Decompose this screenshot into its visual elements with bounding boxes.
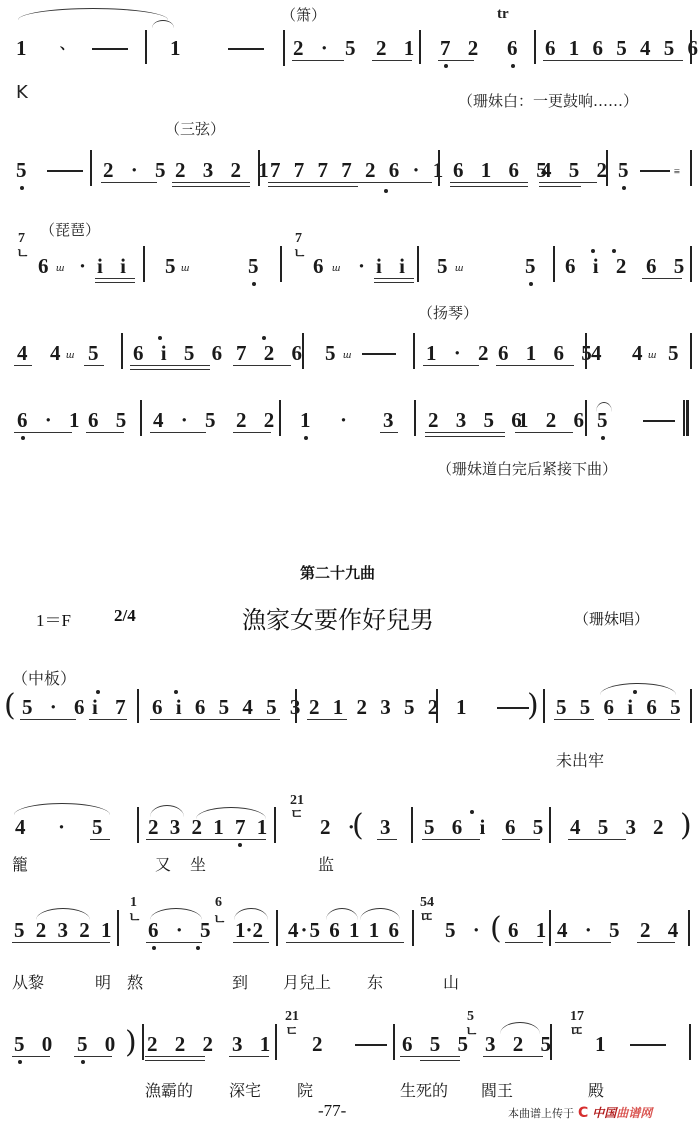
barline — [280, 246, 282, 282]
song-title: 漁家女要作好兒男 — [242, 600, 434, 635]
beam-line — [496, 365, 574, 366]
beam-line — [374, 278, 414, 279]
barline — [393, 1024, 395, 1060]
page-number: -77- — [318, 1101, 346, 1121]
sustain-dash — [497, 707, 529, 709]
beam-line — [608, 719, 680, 720]
score-row-2: 5 2 · 5 2 3 2 1 7 7 7 7 2 6 · 1 6 1 6 5 … — [0, 158, 700, 198]
note-group: 2 · 5 — [293, 36, 362, 60]
lyric: 生死的 — [400, 1078, 448, 1101]
beam-line — [268, 182, 432, 183]
beam-line — [400, 1056, 460, 1057]
barline — [549, 910, 551, 946]
trill-mark: tr — [497, 6, 509, 23]
barline — [689, 1024, 691, 1060]
note: 2 — [653, 815, 670, 839]
beam-line — [555, 942, 611, 943]
note-group: 7 2 6 — [236, 341, 308, 365]
tempo-marking: （中板） — [12, 666, 76, 689]
note-group: 4 · 5 — [557, 918, 626, 942]
barline — [690, 150, 692, 186]
tremolo-mark: ≡ — [673, 166, 680, 178]
lyric: 东 — [367, 970, 383, 993]
tremolo-mark: ш — [56, 262, 64, 274]
note: 6 — [507, 36, 524, 60]
grace-hook-icon: ㄴ — [128, 912, 142, 926]
barline — [275, 1024, 277, 1060]
barline — [140, 400, 142, 436]
grace-hook-icon: ㄸ — [570, 1026, 584, 1040]
beam-line — [374, 282, 414, 283]
low-octave-dot — [152, 946, 156, 950]
low-octave-dot — [384, 189, 388, 193]
note: 5 — [165, 254, 182, 278]
barline — [553, 246, 555, 282]
note: 1 — [16, 36, 33, 60]
site-logo-icon: C — [578, 1105, 588, 1121]
note-group: 6 1 6 5 — [498, 341, 598, 365]
beam-line — [637, 942, 675, 943]
barline — [143, 246, 145, 282]
barline — [419, 30, 421, 64]
note-group: 5 0 — [14, 1032, 58, 1056]
barline — [690, 30, 692, 64]
low-octave-dot — [21, 436, 25, 440]
barline — [145, 30, 147, 64]
note: 1 — [170, 36, 187, 60]
barline — [543, 689, 545, 723]
lyric: 漁霸的 — [145, 1078, 193, 1101]
lyric: 院 — [297, 1078, 313, 1101]
beam-line — [420, 1060, 460, 1061]
note-group: 5 5 6 i 6 5 — [556, 695, 685, 719]
low-octave-dot — [444, 64, 448, 68]
note-group: 6 5 — [646, 254, 690, 278]
tremolo-mark: ш — [343, 349, 351, 361]
beam-line — [286, 942, 404, 943]
note-group: 4·5 6 1 1 6 — [288, 918, 401, 942]
dot-extension: · — [358, 254, 371, 278]
note-group: 1 · 2 — [426, 341, 495, 365]
lyric: 深宅 — [229, 1078, 261, 1101]
barline — [411, 807, 413, 843]
low-octave-dot — [601, 436, 605, 440]
barline — [90, 150, 92, 186]
open-paren: ( — [4, 691, 16, 721]
note-mark: 、 — [60, 34, 80, 58]
note-group: 1·2 — [235, 918, 263, 942]
beam-line — [568, 839, 626, 840]
beam-line — [380, 432, 398, 433]
lyric: 从黎 — [12, 970, 44, 993]
grace-note: 5 — [467, 1010, 474, 1024]
beam-line — [307, 719, 347, 720]
note-group: 7 7 7 7 2 6 · 1 — [270, 158, 447, 182]
lyric: 监 — [318, 852, 334, 875]
barline — [142, 1024, 144, 1060]
note-group: 6 · 1 — [17, 408, 86, 432]
song-row-1: ( 5 · 6 i 7 6 i 6 5 4 5 3 2 1 2 3 5 2 1 … — [0, 695, 700, 735]
beam-line — [502, 839, 540, 840]
note-group: 6 5 — [505, 815, 549, 839]
note: 4 — [15, 815, 32, 839]
note: 5 — [597, 408, 614, 432]
beam-line — [86, 432, 124, 433]
barline — [413, 333, 415, 369]
beam-line — [425, 436, 505, 437]
grace-hook-icon: ㄴ — [213, 914, 227, 928]
high-octave-dot — [174, 690, 178, 694]
dot-extension: · — [79, 254, 92, 278]
beam-line — [95, 278, 135, 279]
dot-extension: · — [58, 815, 71, 839]
open-paren: ( — [490, 914, 502, 944]
tremolo-mark: ш — [66, 349, 74, 361]
grace-note: 17 — [570, 1010, 584, 1024]
sustain-dash — [362, 353, 396, 355]
close-paren: ) — [125, 1028, 137, 1058]
beam-line — [95, 282, 135, 283]
note: 6 — [38, 254, 55, 278]
tie-arc — [152, 20, 174, 28]
barline — [121, 333, 123, 369]
score-row-3: 7 ㄴ 6 ш · i i 5 ш 5 7 ㄴ 6 ш · i i 5 ш 5 … — [0, 254, 700, 294]
beam-line — [150, 432, 206, 433]
sustain-dash — [630, 1044, 666, 1046]
key-signature: 1＝F — [36, 606, 71, 631]
tremolo-mark: ш — [455, 262, 463, 274]
note: 4 — [632, 341, 649, 365]
watermark-prefix: 本曲谱上传于 — [508, 1105, 574, 1121]
sustain-dash — [47, 170, 83, 172]
barline — [117, 910, 119, 946]
instrument-label-yangqin: （扬琴） — [418, 302, 478, 323]
performance-note: （珊妹道白完后紧接下曲） — [437, 458, 617, 479]
lyric: 殿 — [588, 1078, 604, 1101]
beam-line — [12, 942, 110, 943]
note-group: 6 i 2 — [565, 254, 632, 278]
tremolo-mark: ш — [181, 262, 189, 274]
sustain-dash — [640, 170, 670, 172]
beam-line — [89, 719, 127, 720]
instrument-label-xiao: （箫） — [281, 4, 326, 25]
high-octave-dot — [158, 336, 162, 340]
beam-line — [172, 186, 250, 187]
low-octave-dot — [304, 436, 308, 440]
tie-arc — [18, 8, 168, 20]
sustain-dash — [92, 48, 128, 50]
barline — [549, 807, 551, 843]
lyric: 籠 — [12, 852, 28, 875]
barline — [690, 246, 692, 282]
grace-note: 6 — [215, 896, 222, 910]
tremolo-mark: ш — [648, 349, 656, 361]
note: 6 — [313, 254, 330, 278]
barline — [258, 150, 260, 186]
song-row-2: 4 · 5 2 3 2 1 7 1 21 ㄷ 2 · ( 3 5 6 i 6 5… — [0, 815, 700, 855]
note-group: 6 1 — [508, 918, 552, 942]
lyric: 月兒上 — [283, 970, 331, 993]
score-row-5: 6 · 1 6 5 4 · 5 2 2 1 · 3 2 3 5 6 1 2 6 … — [0, 408, 700, 448]
note-group: 7 2 — [440, 36, 484, 60]
note-group: 3 2 5 — [485, 1032, 557, 1056]
note-group: 6 1 6 5 4 5 6 — [545, 36, 700, 60]
note: 5 — [88, 341, 105, 365]
song-row-3: 5 2 3 2 1 1 ㄴ 6 · 5 6 ㄴ 1·2 4·5 6 1 1 6 … — [0, 918, 700, 958]
low-octave-dot — [252, 282, 256, 286]
barline — [585, 333, 587, 369]
lyric: 坐 — [190, 852, 206, 875]
beam-line — [377, 839, 397, 840]
barline — [276, 910, 278, 946]
note: 4 — [17, 341, 34, 365]
beam-line — [130, 369, 210, 370]
beam-line — [422, 839, 480, 840]
beam-line — [438, 60, 474, 61]
beam-line — [268, 186, 358, 187]
note: 5 — [16, 158, 33, 182]
note-group: 6 1 6 5 — [453, 158, 553, 182]
beam-line — [101, 182, 157, 183]
beam-line — [172, 182, 250, 183]
barline — [585, 400, 587, 436]
beam-line — [233, 365, 291, 366]
grace-hook-icon: ㄸ — [420, 912, 434, 926]
note: 5 — [325, 341, 342, 365]
beam-line — [450, 182, 528, 183]
score-row-1: 1 、 1 2 · 5 2 1 7 2 6 6 1 6 5 4 5 6 — [0, 36, 700, 76]
note-group: 6 · 5 — [148, 918, 217, 942]
lyric: 未出牢 — [556, 748, 604, 771]
time-signature: 2/4 — [114, 606, 136, 626]
grace-hook-icon: ㄴ — [465, 1026, 479, 1040]
marker-k: K — [16, 82, 28, 103]
note: 5 — [248, 254, 265, 278]
high-octave-dot — [633, 690, 637, 694]
beam-line — [483, 1056, 543, 1057]
barline — [417, 246, 419, 282]
watermark: 本曲谱上传于 C 中国 曲谱网 — [508, 1104, 652, 1121]
beam-line — [229, 1056, 269, 1057]
note-group: 5 6 i — [424, 815, 491, 839]
barline — [534, 30, 536, 64]
note-group: i i — [376, 254, 411, 278]
barline — [302, 333, 304, 369]
song-row-4: 5 0 5 0 ) 2 2 2 3 1 21 ㄷ 2 6 5 5 5 ㄴ 3 2… — [0, 1032, 700, 1072]
beam-line — [14, 365, 32, 366]
beam-line — [145, 1060, 205, 1061]
barline — [279, 400, 281, 436]
note: 5 — [92, 815, 109, 839]
sustain-dash — [643, 420, 675, 422]
beam-line — [146, 942, 202, 943]
barline — [295, 689, 297, 723]
grace-note: 54 — [420, 896, 434, 910]
note-group: 2 · 5 — [103, 158, 172, 182]
instrument-label-sanxian: （三弦） — [165, 118, 225, 139]
beam-line — [423, 365, 479, 366]
note-group: 2 4 — [640, 918, 684, 942]
low-octave-dot — [20, 186, 24, 190]
close-paren: ) — [527, 691, 539, 721]
beam-line — [150, 719, 280, 720]
grace-hook-icon: ㄴ — [16, 248, 30, 262]
tremolo-mark: ш — [332, 262, 340, 274]
high-octave-dot — [612, 249, 616, 253]
sustain-dash — [228, 48, 264, 50]
note-group: 6 5 — [88, 408, 132, 432]
watermark-site-b: 曲谱网 — [616, 1104, 652, 1121]
barline — [137, 807, 139, 843]
barline — [690, 689, 692, 723]
beam-line — [233, 942, 269, 943]
note: 1 — [595, 1032, 612, 1056]
note-group: 2 2 — [236, 408, 280, 432]
note: 5 — [668, 341, 685, 365]
grace-hook-icon: ㄷ — [285, 1026, 299, 1040]
score-row-4: 4 4 ш 5 6 i 5 6 7 2 6 5 ш 1 · 2 6 1 6 5 … — [0, 341, 700, 381]
low-octave-dot — [18, 1060, 22, 1064]
note-group: 6 5 5 — [402, 1032, 474, 1056]
high-octave-dot — [591, 249, 595, 253]
note-group: 6 i 6 5 4 5 3 — [152, 695, 304, 719]
grace-hook-icon: ㄷ — [290, 809, 304, 823]
note: 1 — [456, 695, 473, 719]
beam-line — [74, 1056, 112, 1057]
close-paren: ) — [680, 811, 692, 841]
note-group: i 7 — [92, 695, 132, 719]
grace-note: 7 — [295, 232, 302, 246]
note-group: 4 5 2 — [541, 158, 613, 182]
barline — [414, 400, 416, 436]
note-group: 2 1 2 3 5 2 — [309, 695, 442, 719]
watermark-site-a: 中国 — [592, 1104, 616, 1121]
high-octave-dot — [96, 690, 100, 694]
lyric: 閻王 — [481, 1078, 513, 1101]
beam-line — [90, 839, 110, 840]
note: 5 — [525, 254, 542, 278]
note-group: 5 0 — [77, 1032, 121, 1056]
grace-hook-icon: ㄴ — [293, 248, 307, 262]
open-paren: ( — [352, 811, 364, 841]
dialogue-note: （珊妹白：一更鼓响……） — [458, 90, 638, 111]
performer-note: （珊妹唱） — [574, 608, 649, 629]
barline — [606, 150, 608, 186]
lyric: 熬 — [127, 970, 143, 993]
grace-note: 7 — [18, 232, 25, 246]
low-octave-dot — [238, 843, 242, 847]
sustain-dash — [355, 1044, 387, 1046]
beam-line — [233, 432, 271, 433]
note: 4 — [591, 341, 608, 365]
beam-line — [539, 186, 581, 187]
barline — [550, 1024, 552, 1060]
note-group: 6 i 5 6 — [133, 341, 228, 365]
slur-arc — [14, 803, 110, 815]
lyric: 明 — [95, 970, 111, 993]
note-group: 5 · — [445, 918, 486, 942]
lyric: 到 — [232, 970, 248, 993]
grace-note: 21 — [285, 1010, 299, 1024]
barline — [436, 689, 438, 723]
note: 1 — [300, 408, 317, 432]
beam-line — [20, 719, 76, 720]
note-group: 4 · 5 — [153, 408, 222, 432]
lyric: 山 — [443, 970, 459, 993]
beam-line — [372, 60, 412, 61]
grace-note: 1 — [130, 896, 137, 910]
beam-line — [515, 432, 573, 433]
beam-line — [539, 182, 597, 183]
beam-line — [130, 365, 210, 366]
slur-arc — [600, 683, 676, 695]
beam-line — [292, 60, 344, 61]
note-group: i i — [97, 254, 132, 278]
note-group: 5 · 6 — [22, 695, 91, 719]
dot-extension: · — [340, 408, 353, 432]
note: 3 — [380, 815, 397, 839]
beam-line — [14, 432, 72, 433]
low-octave-dot — [622, 186, 626, 190]
note-group: 1 2 6 — [518, 408, 590, 432]
note-group: 2 3 5 6 — [428, 408, 528, 432]
beam-line — [505, 942, 543, 943]
low-octave-dot — [196, 946, 200, 950]
beam-line — [642, 278, 682, 279]
lyric: 又 — [155, 852, 171, 875]
beam-line — [554, 719, 594, 720]
instrument-label-pipa: （琵琶） — [40, 219, 100, 240]
note-group: 2 2 2 — [147, 1032, 219, 1056]
beam-line — [146, 839, 266, 840]
barline — [688, 910, 690, 946]
beam-line — [84, 365, 104, 366]
note: 4 — [50, 341, 67, 365]
beam-line — [450, 186, 528, 187]
note-group: 3 1 — [232, 1032, 276, 1056]
low-octave-dot — [529, 282, 533, 286]
high-octave-dot — [470, 810, 474, 814]
barline — [412, 910, 414, 946]
note-group: 4 5 3 — [570, 815, 642, 839]
barline — [690, 333, 692, 369]
final-barline — [683, 400, 689, 436]
note: 5 — [437, 254, 454, 278]
barline — [438, 150, 440, 186]
beam-line — [12, 1056, 50, 1057]
note-group: 2 1 — [376, 36, 420, 60]
note: 2 — [312, 1032, 329, 1056]
grace-note: 21 — [290, 794, 304, 808]
beam-line — [543, 60, 683, 61]
beam-line — [425, 432, 505, 433]
low-octave-dot — [81, 1060, 85, 1064]
note: 3 — [383, 408, 400, 432]
piece-number: 第二十九曲 — [300, 562, 375, 583]
barline — [137, 689, 139, 723]
barline — [283, 30, 285, 66]
barline — [274, 807, 276, 843]
low-octave-dot — [511, 64, 515, 68]
note: 5 — [618, 158, 635, 182]
beam-line — [145, 1056, 205, 1057]
high-octave-dot — [262, 336, 266, 340]
note-group: 5 2 3 2 1 — [14, 918, 115, 942]
note-group: 2 3 2 1 7 1 — [148, 815, 270, 839]
